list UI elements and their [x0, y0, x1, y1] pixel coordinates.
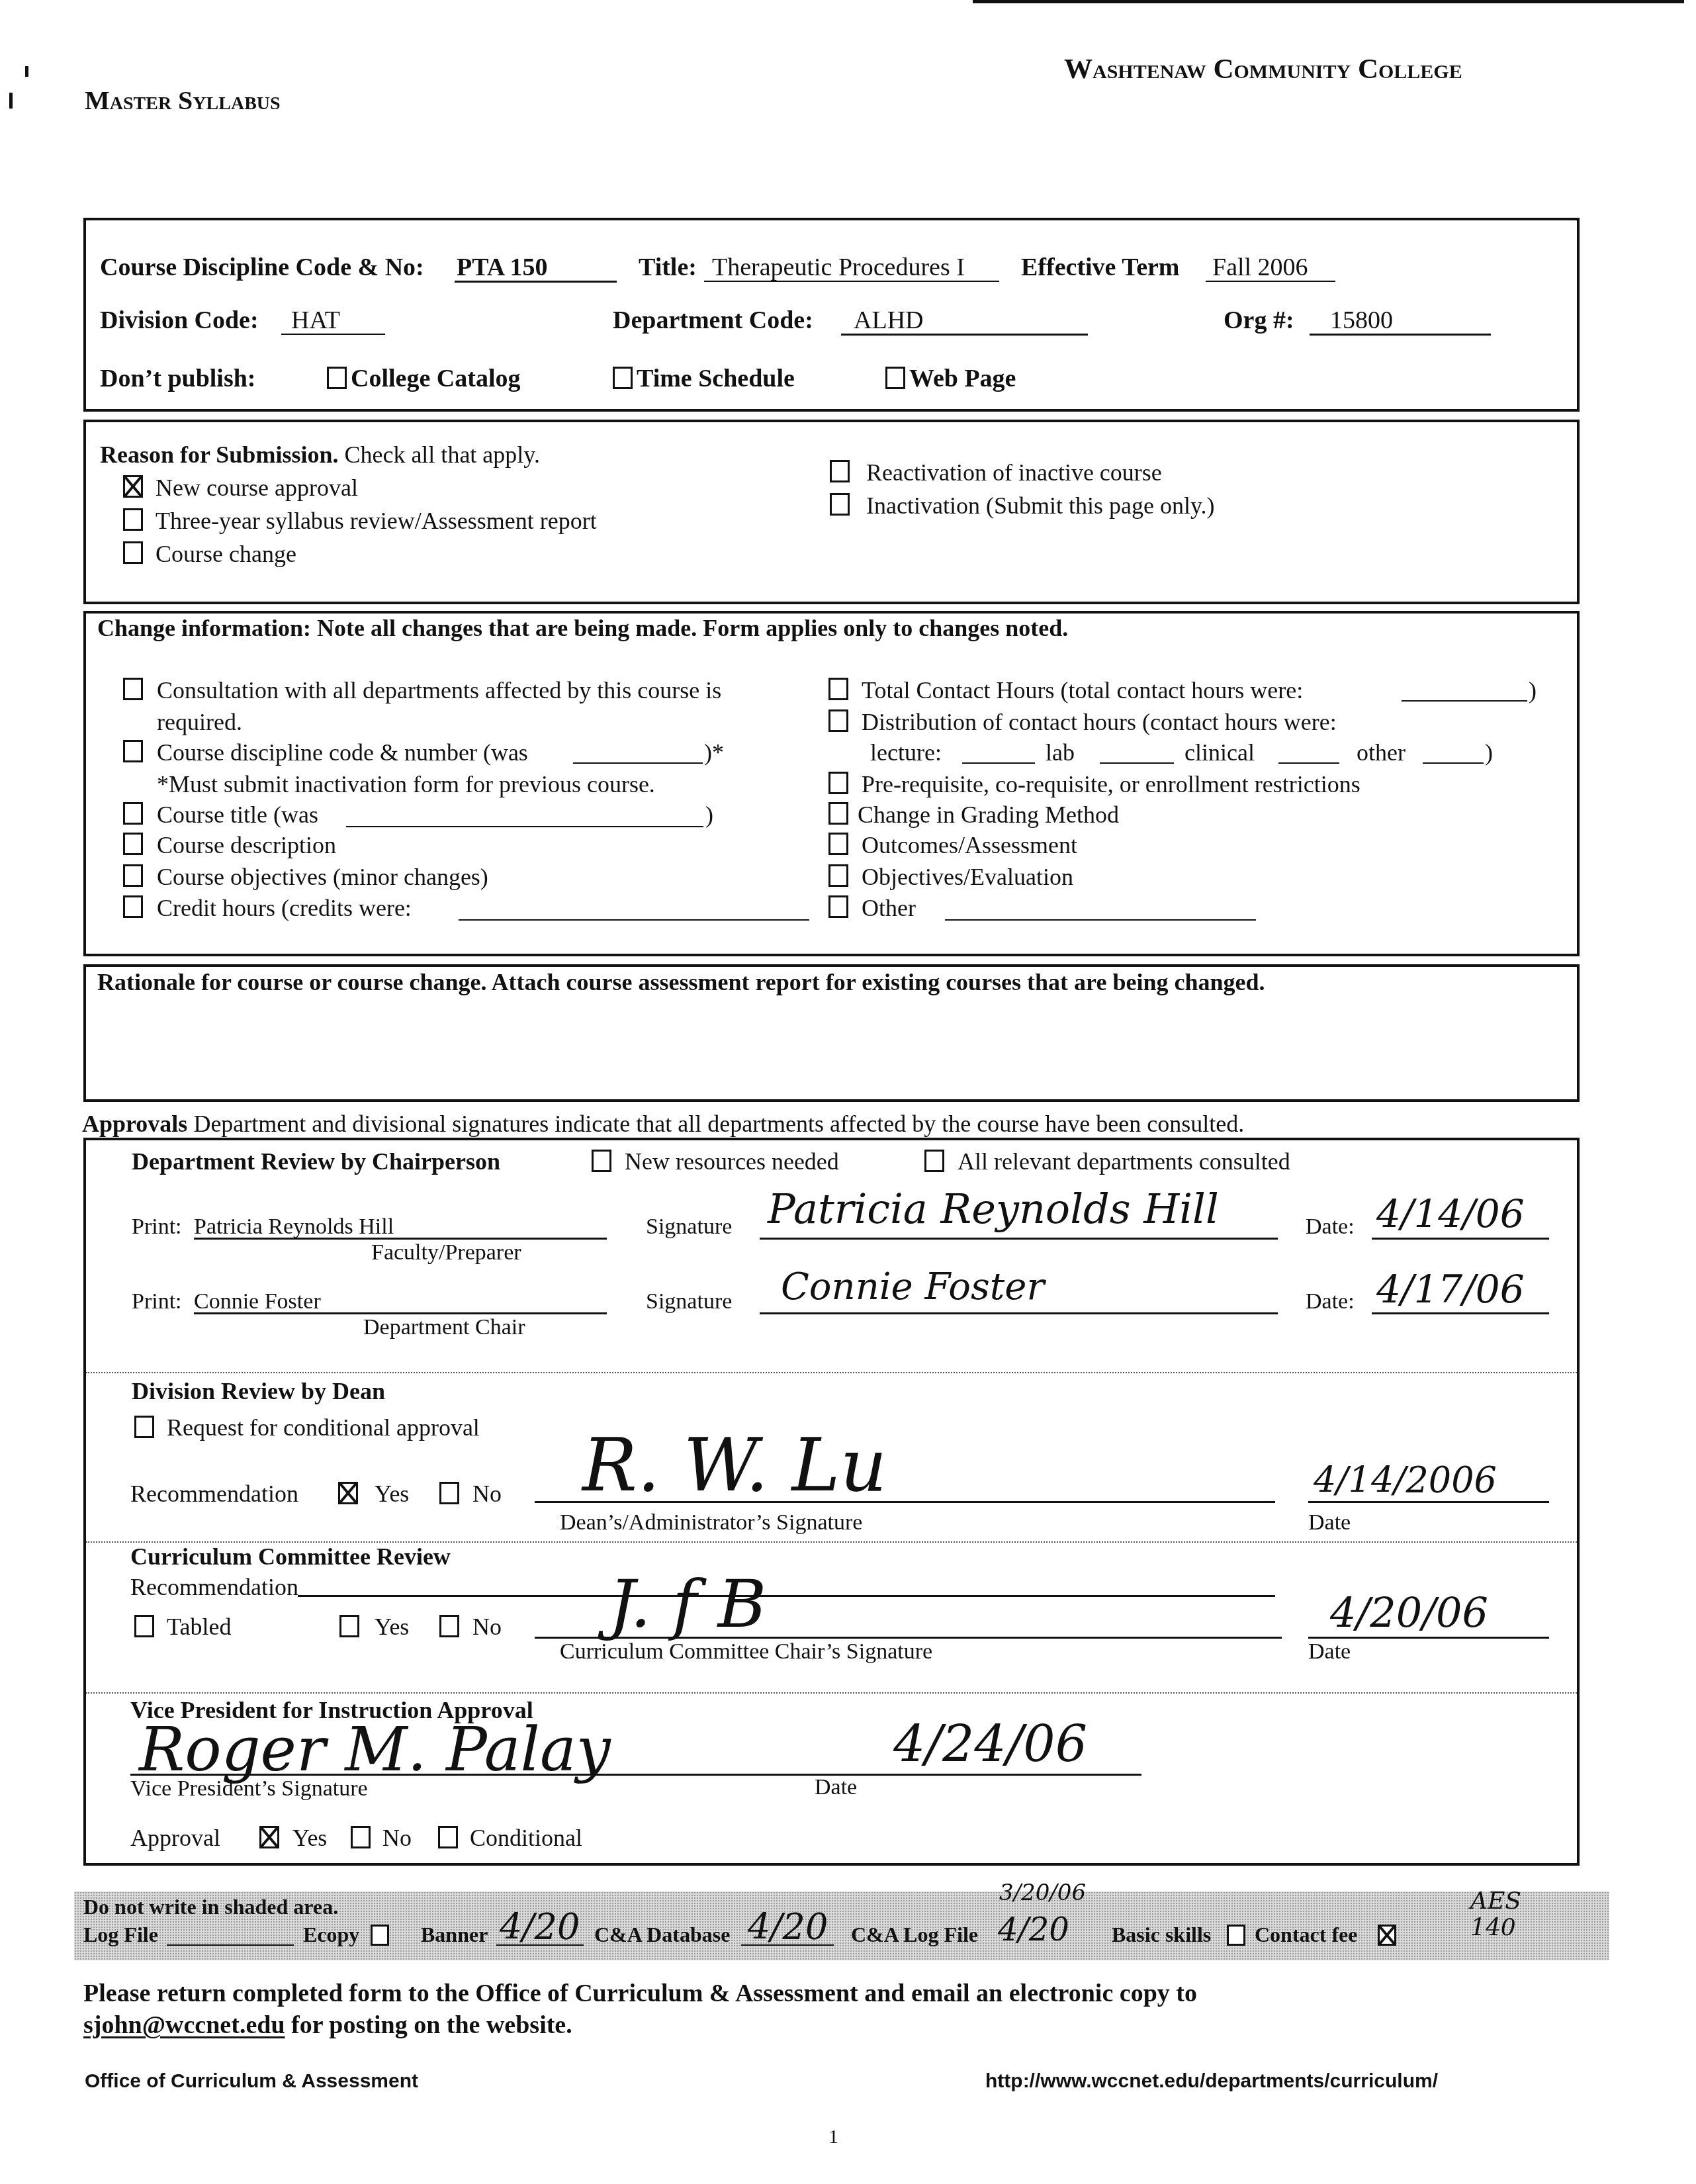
- signature-line-chair: [760, 1312, 1278, 1314]
- vp-conditional-label: Conditional: [470, 1824, 582, 1852]
- dont-publish-label: Don’t publish:: [100, 364, 255, 393]
- ca-log-file-label: C&A Log File: [851, 1922, 978, 1947]
- department-label: Department Code:: [613, 306, 813, 335]
- credit-hours-checkbox[interactable]: [123, 895, 143, 918]
- division-yes-checkbox[interactable]: [338, 1482, 358, 1504]
- role-preparer: Faculty/Preparer: [371, 1240, 521, 1266]
- course-title-was-field[interactable]: [346, 826, 703, 827]
- discipline-change-label: Course discipline code & number (was: [157, 739, 528, 766]
- margin-note-140: 140: [1470, 1914, 1516, 1941]
- return-instructions-line1: Please return completed form to the Offi…: [83, 1979, 1197, 2008]
- date-chair[interactable]: 4/17/06: [1376, 1267, 1525, 1312]
- term-value[interactable]: Fall 2006: [1212, 253, 1308, 282]
- scan-artifact-top: [973, 0, 1684, 3]
- log-file-field[interactable]: [167, 1944, 294, 1946]
- scan-artifact-mark: [25, 66, 28, 77]
- vp-yes-label: Yes: [292, 1824, 327, 1852]
- vp-yes-checkbox[interactable]: [259, 1826, 279, 1848]
- division-label: Division Code:: [100, 306, 259, 335]
- clinical-label: clinical: [1184, 739, 1255, 766]
- dean-date-line: [1308, 1501, 1549, 1503]
- lab-label: lab: [1046, 739, 1075, 766]
- role-chair: Department Chair: [363, 1314, 525, 1341]
- ca-database-label: C&A Database: [594, 1922, 730, 1947]
- print-name-preparer[interactable]: Patricia Reynolds Hill: [194, 1214, 394, 1240]
- ca-log-file-value[interactable]: 4/20: [998, 1911, 1069, 1948]
- ca-database-value[interactable]: 4/20: [748, 1906, 828, 1948]
- college-catalog-label: College Catalog: [351, 364, 520, 393]
- discipline-underline: [455, 281, 617, 283]
- other-change-label: Other: [862, 894, 916, 922]
- signature-preparer[interactable]: Patricia Reynolds Hill: [768, 1185, 1219, 1233]
- college-catalog-checkbox[interactable]: [327, 367, 347, 389]
- title-label: Title:: [639, 253, 697, 282]
- division-no-checkbox[interactable]: [439, 1482, 459, 1504]
- signature-label-2: Signature: [646, 1289, 732, 1315]
- inactivation-label: Inactivation (Submit this page only.): [866, 492, 1215, 520]
- course-description-label: Course description: [157, 831, 336, 859]
- conditional-approval-label: Request for conditional approval: [167, 1414, 480, 1441]
- curriculum-recommendation-label: Recommendation: [130, 1573, 298, 1601]
- lecture-field[interactable]: [962, 762, 1035, 764]
- date-label-2: Date:: [1306, 1289, 1355, 1315]
- org-value[interactable]: 15800: [1330, 306, 1393, 335]
- reason-heading-rest: Check all that apply.: [338, 441, 540, 468]
- reason-heading: Reason for Submission. Check all that ap…: [100, 441, 540, 469]
- total-contact-close: ): [1529, 676, 1537, 704]
- title-underline: [704, 281, 999, 282]
- footer-office-name: Office of Curriculum & Assessment: [85, 2070, 418, 2093]
- date-label-1: Date:: [1306, 1214, 1355, 1240]
- curriculum-signature-caption: Curriculum Committee Chair’s Signature: [560, 1639, 932, 1665]
- curriculum-yes-checkbox[interactable]: [339, 1615, 359, 1637]
- three-year-review-checkbox[interactable]: [123, 508, 143, 531]
- divider-curriculum: [86, 1692, 1577, 1694]
- footer-url[interactable]: http://www.wccnet.edu/departments/curric…: [985, 2070, 1438, 2093]
- three-year-review-label: Three-year syllabus review/Assessment re…: [156, 507, 597, 535]
- ecopy-label: Ecopy: [303, 1922, 359, 1947]
- vp-signature-caption: Vice President’s Signature: [130, 1776, 368, 1802]
- credit-hours-label: Credit hours (credits were:: [157, 894, 412, 922]
- dean-signature[interactable]: R. W. Lu: [582, 1423, 887, 1508]
- department-review-heading: Department Review by Chairperson: [132, 1148, 500, 1175]
- approvals-intro-rest: Department and divisional signatures ind…: [187, 1111, 1244, 1137]
- course-change-label: Course change: [156, 540, 296, 568]
- vp-approval-label: Approval: [130, 1824, 220, 1852]
- grading-method-checkbox[interactable]: [828, 802, 848, 825]
- course-objectives-label: Course objectives (minor changes): [157, 863, 488, 891]
- discipline-close: )*: [704, 739, 724, 766]
- distribution-close: ): [1485, 739, 1493, 766]
- title-value[interactable]: Therapeutic Procedures I: [712, 253, 965, 282]
- signature-chair[interactable]: Connie Foster: [781, 1265, 1044, 1308]
- log-file-label: Log File: [83, 1922, 158, 1947]
- division-underline: [281, 334, 385, 335]
- dean-date[interactable]: 4/14/2006: [1314, 1459, 1497, 1501]
- outcomes-label: Outcomes/Assessment: [862, 831, 1077, 859]
- other-hours-label: other: [1357, 739, 1406, 766]
- curriculum-no-label: No: [472, 1613, 502, 1641]
- ca-log-file-note: 3/20/06: [999, 1880, 1086, 1906]
- banner-value[interactable]: 4/20: [500, 1906, 580, 1948]
- curriculum-yes-label: Yes: [375, 1613, 409, 1641]
- division-recommendation-label: Recommendation: [130, 1480, 298, 1508]
- vp-no-label: No: [382, 1824, 412, 1852]
- time-schedule-checkbox[interactable]: [613, 367, 633, 389]
- rationale-body[interactable]: [97, 1003, 1553, 1089]
- print-label-1: Print:: [132, 1214, 182, 1240]
- course-objectives-checkbox[interactable]: [123, 864, 143, 887]
- return-instructions-line2: sjohn@wccnet.edu for posting on the webs…: [83, 2011, 572, 2040]
- prereq-label: Pre-requisite, co-requisite, or enrollme…: [862, 770, 1361, 798]
- ecopy-checkbox[interactable]: [371, 1925, 389, 1946]
- new-course-approval-label: New course approval: [156, 474, 358, 502]
- other-change-checkbox[interactable]: [828, 895, 848, 918]
- division-no-label: No: [472, 1480, 502, 1508]
- vp-no-checkbox[interactable]: [351, 1826, 371, 1848]
- curriculum-no-checkbox[interactable]: [439, 1615, 459, 1637]
- reactivation-checkbox[interactable]: [830, 460, 850, 482]
- all-consulted-label: All relevant departments consulted: [958, 1148, 1290, 1175]
- curriculum-review-heading: Curriculum Committee Review: [130, 1543, 451, 1570]
- contact-fee-checkbox[interactable]: [1378, 1925, 1396, 1946]
- page-number: 1: [828, 2126, 838, 2148]
- document-title: Master Syllabus: [85, 85, 281, 116]
- total-contact-label: Total Contact Hours (total contact hours…: [862, 676, 1303, 704]
- course-title-close: ): [705, 801, 713, 829]
- basic-skills-checkbox[interactable]: [1227, 1925, 1245, 1946]
- consultation-checkbox[interactable]: [123, 678, 143, 700]
- lab-field[interactable]: [1100, 762, 1174, 764]
- time-schedule-label: Time Schedule: [637, 364, 795, 393]
- discipline-note: *Must submit inactivation form for previ…: [157, 770, 655, 798]
- objectives-evaluation-label: Objectives/Evaluation: [862, 863, 1073, 891]
- date-line-preparer: [1372, 1238, 1549, 1240]
- print-name-chair[interactable]: Connie Foster: [194, 1289, 321, 1315]
- vp-date[interactable]: 4/24/06: [893, 1714, 1087, 1773]
- rationale-heading: Rationale for course or course change. A…: [97, 968, 1265, 996]
- course-description-checkbox[interactable]: [123, 833, 143, 855]
- division-value[interactable]: HAT: [291, 306, 340, 335]
- term-label: Effective Term: [1021, 253, 1180, 282]
- new-resources-checkbox[interactable]: [592, 1150, 611, 1172]
- department-value[interactable]: ALHD: [854, 306, 924, 335]
- curriculum-recommendation-line: [298, 1595, 1275, 1597]
- division-review-heading: Division Review by Dean: [132, 1377, 385, 1405]
- other-hours-field[interactable]: [1423, 762, 1484, 764]
- ca-database-field: [741, 1944, 834, 1946]
- print-label-2: Print:: [132, 1289, 182, 1315]
- objectives-evaluation-checkbox[interactable]: [828, 864, 848, 887]
- discipline-change-checkbox[interactable]: [123, 740, 143, 762]
- course-title-label: Course title (was: [157, 801, 318, 829]
- total-contact-checkbox[interactable]: [828, 678, 848, 700]
- term-underline: [1206, 281, 1335, 282]
- vp-date-caption: Date: [815, 1774, 857, 1801]
- credit-hours-field[interactable]: [459, 919, 809, 921]
- date-preparer[interactable]: 4/14/06: [1376, 1191, 1525, 1236]
- curriculum-date-caption: Date: [1308, 1639, 1351, 1665]
- discipline-was-field[interactable]: [573, 762, 703, 764]
- approvals-intro: Approvals Department and divisional sign…: [82, 1110, 1244, 1138]
- discipline-label: Course Discipline Code & No:: [100, 253, 424, 282]
- consultation-label: Consultation with all departments affect…: [157, 676, 721, 704]
- distribution-label: Distribution of contact hours (contact h…: [862, 708, 1337, 736]
- clinical-field[interactable]: [1278, 762, 1339, 764]
- date-line-chair: [1372, 1312, 1549, 1314]
- scan-artifact-mark: [9, 93, 13, 109]
- org-underline: [1310, 334, 1491, 336]
- reactivation-label: Reactivation of inactive course: [866, 459, 1162, 486]
- change-info-heading: Change information: Note all changes tha…: [97, 614, 1068, 642]
- approvals-intro-bold: Approvals: [82, 1111, 187, 1137]
- curriculum-chair-signature[interactable]: J. f B: [609, 1565, 766, 1643]
- signature-line-preparer: [760, 1238, 1278, 1240]
- new-resources-label: New resources needed: [625, 1148, 839, 1175]
- distribution-checkbox[interactable]: [828, 709, 848, 732]
- contact-fee-label: Contact fee: [1255, 1922, 1357, 1947]
- department-underline: [841, 334, 1088, 336]
- web-page-checkbox[interactable]: [885, 367, 905, 389]
- division-yes-label: Yes: [375, 1480, 409, 1508]
- org-label: Org #:: [1224, 306, 1294, 335]
- total-contact-field[interactable]: [1402, 700, 1527, 702]
- inactivation-checkbox[interactable]: [830, 493, 850, 516]
- all-consulted-checkbox[interactable]: [924, 1150, 944, 1172]
- office-use-notice: Do not write in shaded area.: [83, 1894, 338, 1919]
- institution-name: Washtenaw Community College: [1064, 53, 1462, 85]
- reason-heading-bold: Reason for Submission.: [100, 441, 338, 468]
- course-change-checkbox[interactable]: [123, 541, 143, 564]
- web-page-label: Web Page: [909, 364, 1016, 393]
- contact-email-link[interactable]: sjohn@wccnet.edu: [83, 2011, 285, 2039]
- conditional-approval-checkbox[interactable]: [134, 1416, 154, 1438]
- lecture-label: lecture:: [870, 739, 942, 766]
- banner-label: Banner: [421, 1922, 488, 1947]
- outcomes-checkbox[interactable]: [828, 833, 848, 855]
- divider-department: [86, 1372, 1577, 1373]
- tabled-checkbox[interactable]: [134, 1615, 154, 1637]
- margin-note-aes: AES: [1470, 1888, 1521, 1915]
- tabled-label: Tabled: [167, 1613, 231, 1641]
- basic-skills-label: Basic skills: [1112, 1922, 1211, 1947]
- dean-signature-line: [535, 1501, 1275, 1503]
- banner-field: [496, 1944, 584, 1946]
- prereq-checkbox[interactable]: [828, 772, 848, 794]
- signature-label-1: Signature: [646, 1214, 732, 1240]
- dean-signature-caption: Dean’s/Administrator’s Signature: [560, 1510, 862, 1536]
- return-instructions-rest: for posting on the website.: [285, 2011, 572, 2039]
- curriculum-date[interactable]: 4/20/06: [1330, 1588, 1488, 1637]
- course-title-checkbox[interactable]: [123, 802, 143, 825]
- dean-date-caption: Date: [1308, 1510, 1351, 1536]
- new-course-approval-checkbox[interactable]: [123, 475, 143, 498]
- vp-conditional-checkbox[interactable]: [438, 1826, 458, 1848]
- discipline-value[interactable]: PTA 150: [457, 253, 548, 282]
- consultation-label-cont: required.: [157, 708, 242, 736]
- grading-method-label: Change in Grading Method: [858, 801, 1119, 829]
- other-change-field[interactable]: [945, 919, 1256, 921]
